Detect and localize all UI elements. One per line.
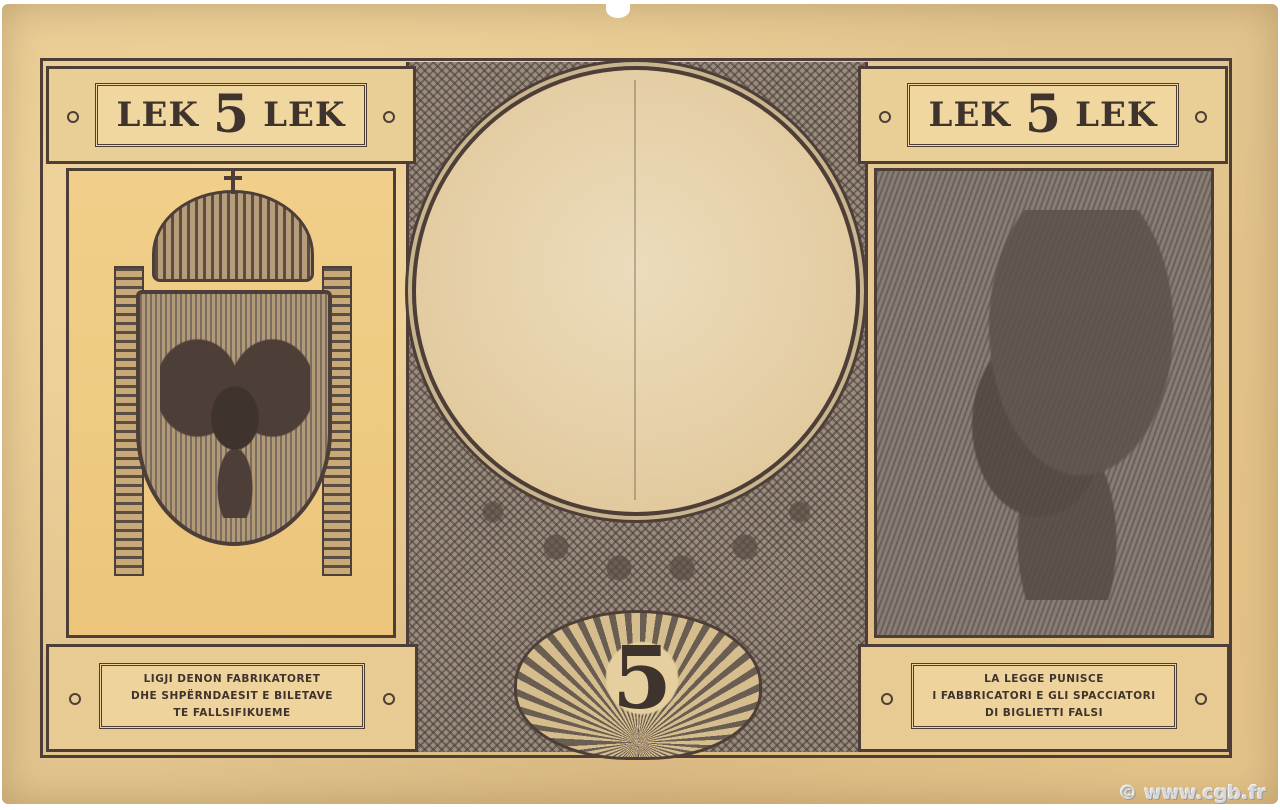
- currency-word: LEK: [117, 95, 199, 135]
- rivet-dot-icon: [879, 111, 891, 123]
- legal-line: LA LEGGE PUNISCE: [984, 671, 1104, 688]
- legal-line: DI BIGLIETTI FALSI: [985, 705, 1103, 722]
- rivet-dot-icon: [383, 111, 395, 123]
- rivet-dot-icon: [383, 693, 395, 705]
- header-left-denomination: LEK 5 LEK: [46, 66, 416, 164]
- rivet-dot-icon: [881, 693, 893, 705]
- legal-line: LIGJI DENON FABRIKATORET: [144, 671, 321, 688]
- double-headed-eagle-icon: [160, 318, 310, 518]
- header-right-denomination: LEK 5 LEK: [858, 66, 1228, 164]
- footer-left-legal: LIGJI DENON FABRIKATORET DHE SHPËRNDAESI…: [46, 644, 418, 752]
- cross-icon: [224, 168, 242, 194]
- paper-tear: [606, 0, 630, 18]
- legal-line: DHE SHPËRNDAESIT E BILETAVE: [131, 688, 333, 705]
- watermark-circle: [412, 66, 860, 516]
- rivet-dot-icon: [69, 693, 81, 705]
- copyright-watermark: © www.cgb.fr: [1118, 782, 1266, 804]
- fold-crease: [634, 80, 636, 500]
- rivet-dot-icon: [1195, 693, 1207, 705]
- rivet-dot-icon: [67, 111, 79, 123]
- center-denomination: 5: [602, 628, 682, 728]
- currency-word: LEK: [929, 95, 1011, 135]
- denomination-value: 5: [1025, 89, 1061, 141]
- laurel-wreath-icon: [430, 470, 850, 610]
- footer-right-legal: LA LEGGE PUNISCE I FABBRICATORI E GLI SP…: [858, 644, 1230, 752]
- currency-word: LEK: [263, 95, 345, 135]
- legal-line: TE FALLSIFIKUEME: [173, 705, 290, 722]
- portrait-profile-image: [912, 210, 1194, 600]
- rivet-dot-icon: [1195, 111, 1207, 123]
- denomination-value: 5: [213, 89, 249, 141]
- legal-line: I FABBRICATORI E GLI SPACCIATORI: [932, 688, 1155, 705]
- currency-word: LEK: [1075, 95, 1157, 135]
